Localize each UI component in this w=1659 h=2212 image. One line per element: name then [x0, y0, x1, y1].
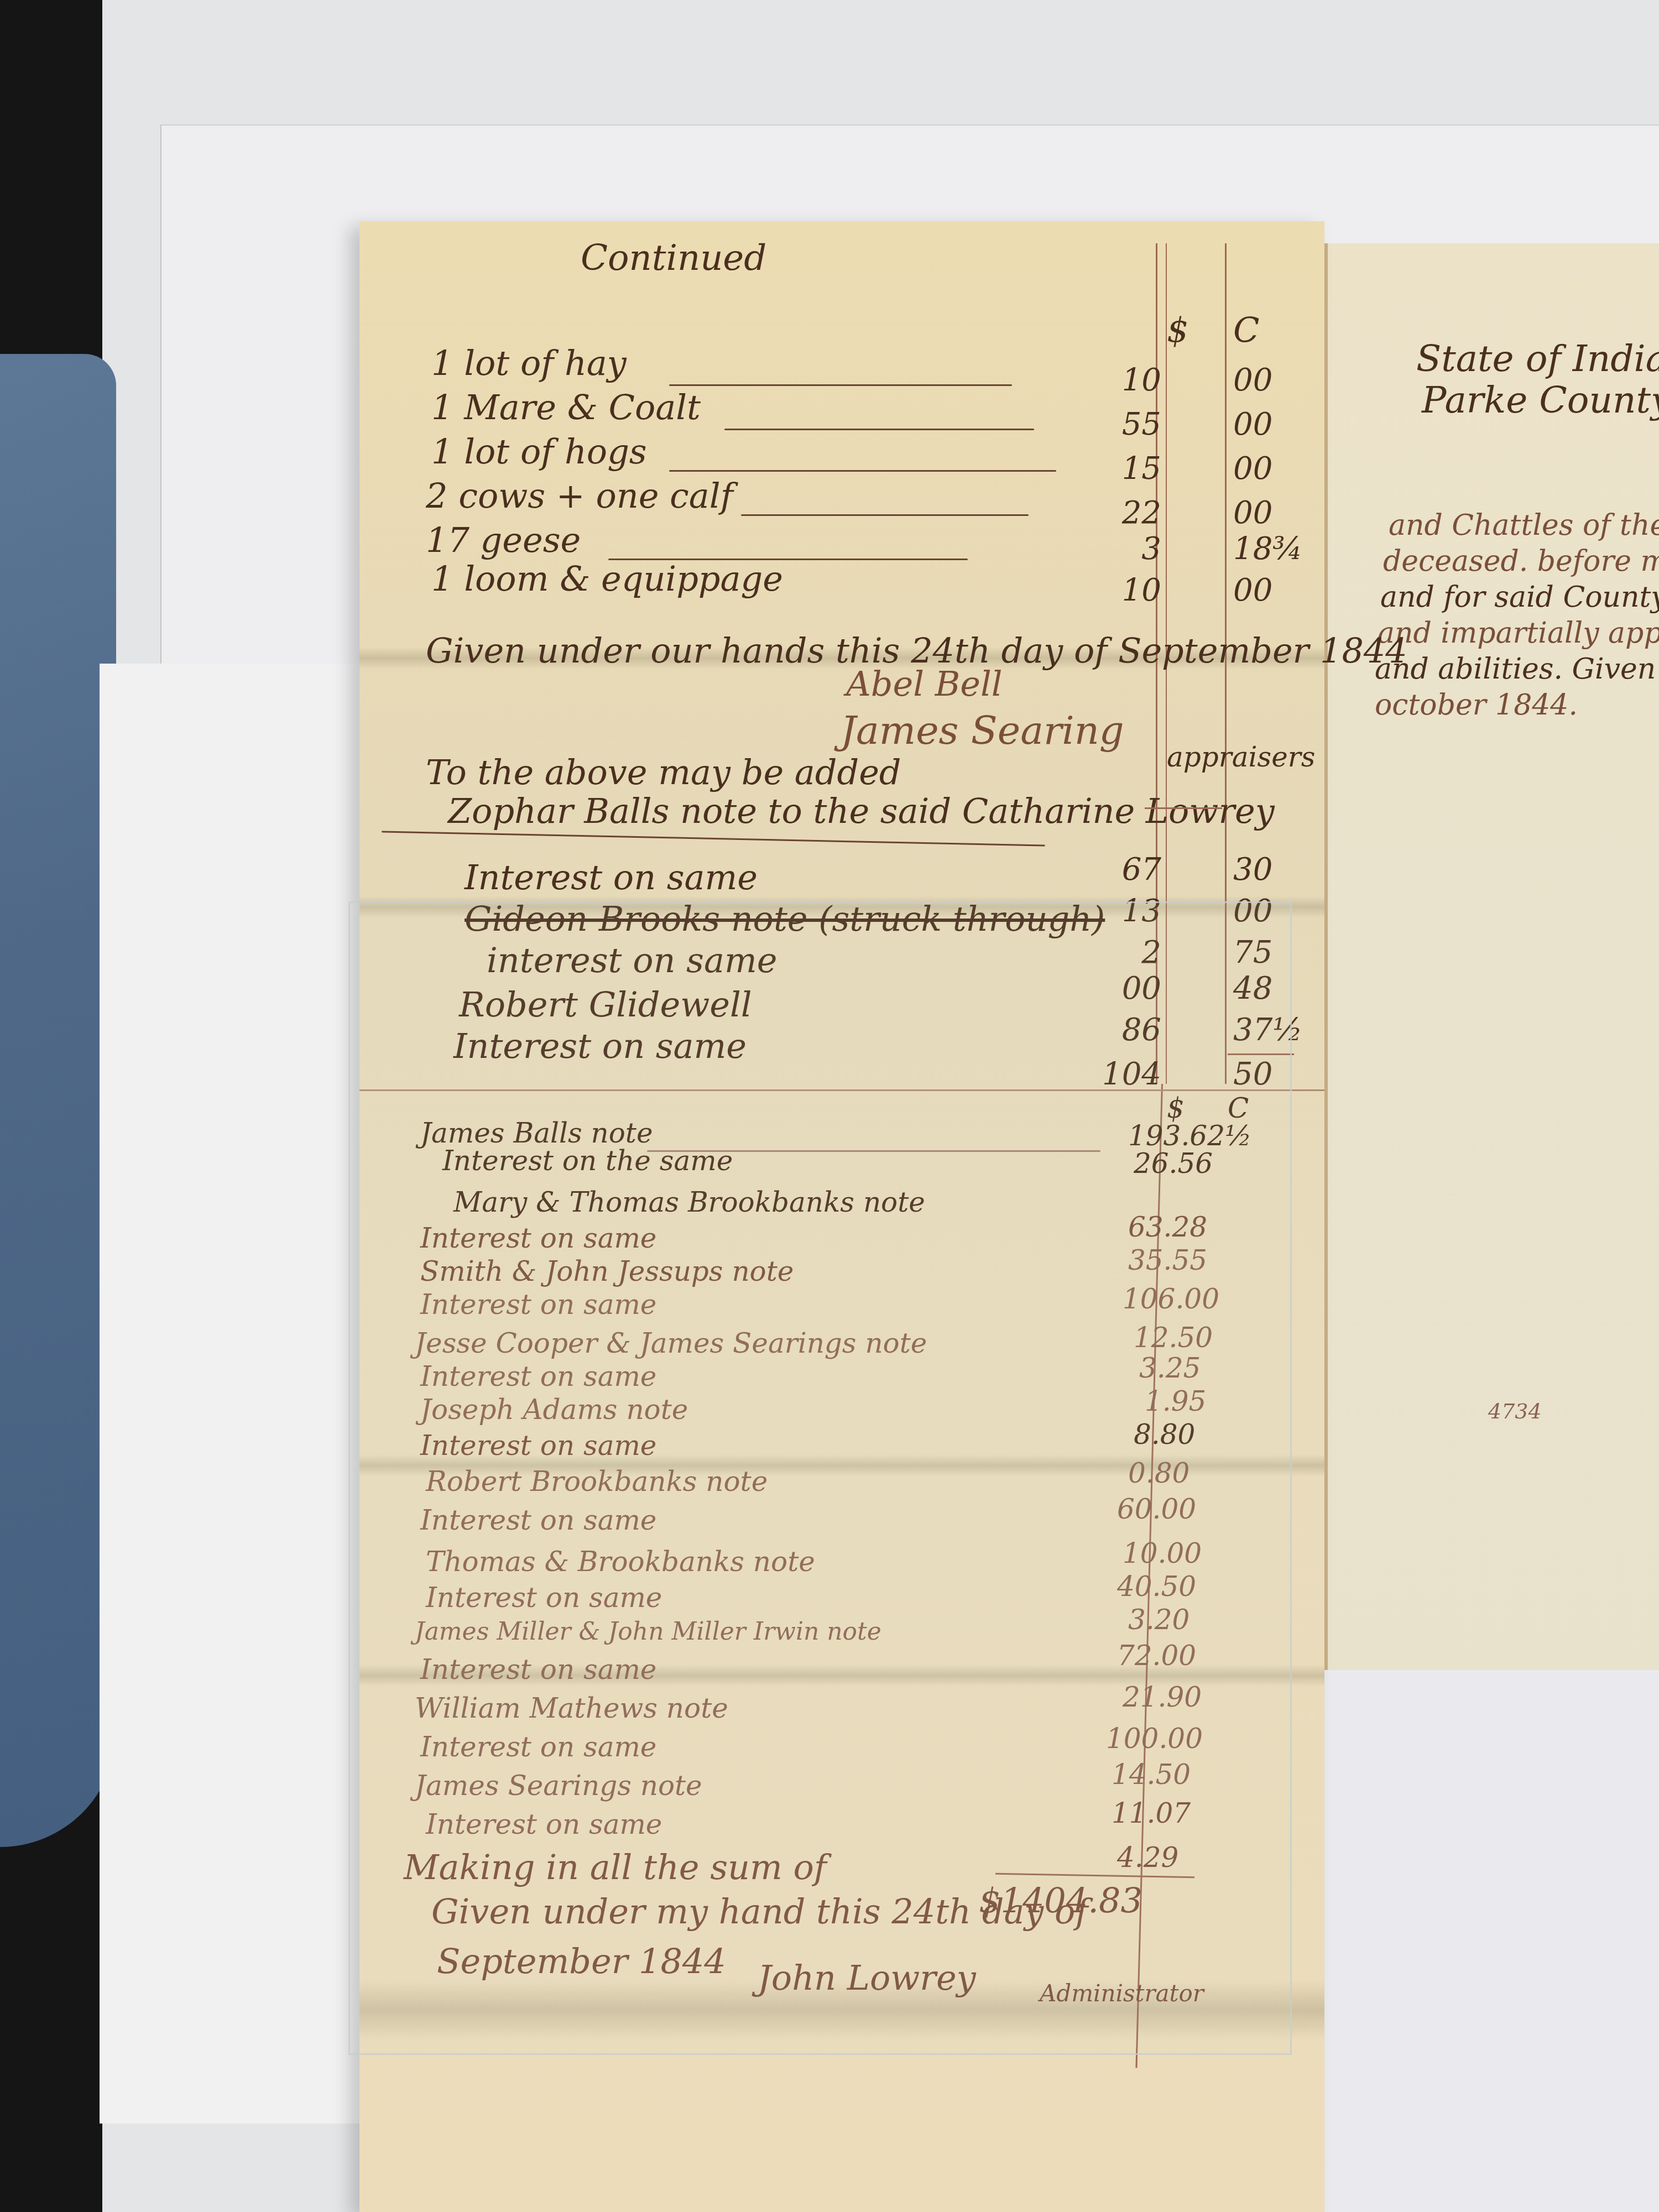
right-body-line: and Chattles of the — [1389, 509, 1659, 542]
inventory-item-label: 1 lot of hay — [431, 343, 627, 383]
addendum-note: Zophar Balls note to the said Catharine … — [448, 791, 1275, 831]
addendum-intro: To the above may be added — [426, 752, 901, 792]
white-mat-right — [1283, 1670, 1659, 2212]
addendum-entry-label: Interest on same — [465, 857, 758, 898]
right-page: State of Indiana Parke County and Chattl… — [1324, 243, 1659, 1670]
right-body-line: and abilities. Given u — [1375, 653, 1659, 686]
appraiser-signature: James Searing — [841, 708, 1124, 753]
inventory-item-dollars: 10 — [1095, 362, 1161, 398]
right-body-line: deceased. before me t — [1383, 545, 1659, 578]
right-body-line: and for said County and — [1380, 581, 1659, 614]
right-body-line: october 1844. — [1375, 688, 1578, 722]
addendum-entry-dollars: 67 — [1095, 852, 1161, 888]
inventory-item-cents: 00 — [1233, 572, 1311, 608]
inventory-item-cents: 00 — [1233, 406, 1311, 442]
dollar-header: $ — [1167, 310, 1188, 350]
right-body-line: and impartially app — [1378, 617, 1659, 650]
inventory-item-dollars: 55 — [1095, 406, 1161, 442]
inventory-item-dollars: 15 — [1095, 451, 1161, 487]
inventory-item-label: 1 loom & equippage — [431, 559, 783, 599]
inventory-item-dollars: 3 — [1095, 531, 1161, 567]
inventory-item-label: 1 Mare & Coalt — [431, 387, 701, 427]
inventory-item-label: 2 cows + one calf — [426, 476, 733, 516]
inventory-item-cents: 00 — [1233, 362, 1311, 398]
inventory-item-cents: 00 — [1233, 495, 1311, 531]
inventory-item-label: 1 lot of hogs — [431, 431, 647, 472]
right-heading-county: Parke County — [1422, 379, 1659, 421]
glass-plate-overlay — [348, 901, 1292, 2055]
denim-knee — [0, 354, 116, 1847]
page-heading: Continued — [581, 238, 766, 279]
inventory-item-dollars: 10 — [1095, 572, 1161, 608]
appraiser-signature: Abel Bell — [846, 664, 1003, 704]
cents-header: C — [1233, 310, 1259, 350]
inventory-item-label: 17 geese — [426, 520, 581, 560]
right-heading-state: State of Indiana — [1416, 337, 1659, 380]
inventory-item-cents: 00 — [1233, 451, 1311, 487]
margin-mark: 4734 — [1488, 1399, 1542, 1423]
inventory-item-dollars: 22 — [1095, 495, 1161, 531]
inventory-item-cents: 18¾ — [1233, 531, 1311, 567]
appraisers-label: appraisers — [1167, 741, 1315, 773]
addendum-entry-cents: 30 — [1233, 852, 1311, 888]
